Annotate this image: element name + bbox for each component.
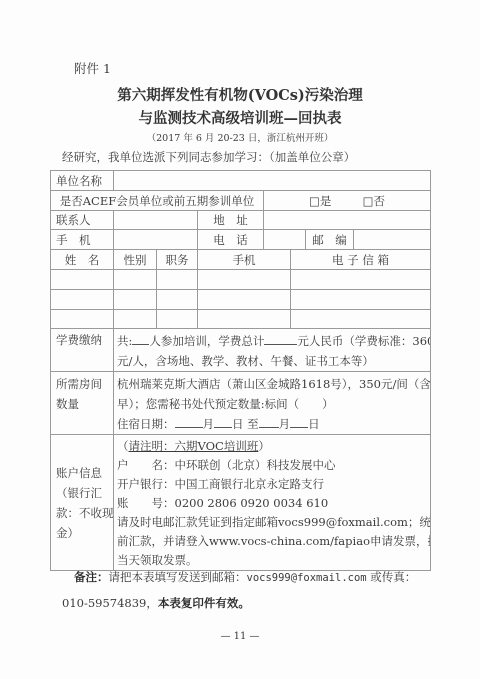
account-row: 账户信息 （银行汇 款：不收现 金） （请注明：六期VOC培训班） 户 名：中环…	[51, 435, 431, 571]
account-label-line3: 款：不收现	[56, 503, 110, 523]
remarks-email: vocs999@foxmail.com	[247, 572, 367, 584]
contact-row: 联系人 地 址	[51, 211, 431, 230]
room-content: 杭州瑞莱克斯大酒店（萧山区金城路1618号），350元/间（含双 早）；您需秘书…	[114, 372, 431, 435]
unit-name-field[interactable]	[114, 171, 431, 191]
fee-line2: 元/人，含场地、教学、教材、午餐、证书工本等）	[117, 351, 427, 371]
no-checkbox[interactable]: □否	[363, 192, 385, 210]
remarks-label: 备注：	[74, 570, 109, 584]
account-label-line2: （银行汇	[56, 483, 110, 503]
paren-open: （	[117, 439, 129, 453]
stay-dates-line: 住宿日期：月日 至月日	[117, 414, 427, 434]
document-subtitle: （2017 年 6 月 20-23 日，浙江杭州开班）	[0, 130, 480, 144]
fee-content: 共:人参加培训，学费总计元人民币（学费标准：3600 元/人，含场地、教学、教材…	[114, 329, 431, 372]
day-label: 日	[308, 417, 320, 431]
contact-label: 联系人	[51, 211, 114, 230]
mobile-label: 手 机	[51, 230, 114, 250]
attendee-row	[51, 270, 431, 290]
column-header-name: 姓 名	[51, 250, 114, 270]
attendee-mobile-field[interactable]	[198, 290, 291, 310]
phone-field[interactable]	[264, 230, 306, 250]
account-content: （请注明：六期VOC培训班） 户 名：中环联创（北京）科技发展中心 开户银行：中…	[114, 435, 431, 571]
remarks-line1: 备注：请把本表填写发送到邮箱：vocs999@foxmail.com 或传真：	[74, 569, 416, 585]
paren-close: ）	[258, 439, 270, 453]
document-title-line2: 与监测技术高级培训班—回执表	[0, 107, 480, 128]
attendee-name-field[interactable]	[51, 270, 114, 290]
intro-text: 经研究，我单位选派下列同志参加学习：（加盖单位公章）	[62, 149, 355, 165]
registration-form-table: 单位名称 是否ACEF会员单位或前五期参训单位 □是 □否 联系人 地 址 手 …	[50, 170, 431, 571]
page-number: — 11 —	[0, 631, 480, 642]
attendee-row	[51, 310, 431, 329]
account-name: 户 名：中环联创（北京）科技发展中心	[117, 456, 427, 475]
month-label: 月	[203, 417, 215, 431]
room-row: 所需房间 数量 杭州瑞莱克斯大酒店（萧山区金城路1618号），350元/间（含双…	[51, 372, 431, 435]
attendee-header-row: 姓 名 性别 职务 手机 电 子 信 箱	[51, 250, 431, 270]
membership-row: 是否ACEF会员单位或前五期参训单位 □是 □否	[51, 191, 431, 211]
checkin-month-blank[interactable]	[175, 416, 203, 428]
column-header-gender: 性别	[114, 250, 157, 270]
address-field[interactable]	[264, 211, 431, 230]
account-number: 账 号：0200 2806 0920 0034 610	[117, 494, 427, 513]
fee-text-mid: 人参加培训，学费总计	[149, 334, 264, 348]
hotel-info-line1: 杭州瑞莱克斯大酒店（萧山区金城路1618号），350元/间（含双	[117, 374, 427, 394]
attendee-gender-field[interactable]	[114, 290, 157, 310]
attendee-email-field[interactable]	[291, 270, 431, 290]
remittance-instruction-line3: 当天领取发票。	[117, 551, 427, 570]
remittance-instruction-line1: 请及时电邮汇款凭证到指定邮箱vocs999@foxmail.com；统一提	[117, 513, 427, 532]
remarks-fax-label: 或传真：	[367, 570, 417, 584]
contact-field[interactable]	[114, 211, 198, 230]
account-note-text: 请注明：六期VOC培训班	[129, 439, 259, 453]
remarks-fax-number: 010-59574839，	[62, 596, 158, 610]
attendee-email-field[interactable]	[291, 310, 431, 329]
column-header-position: 职务	[157, 250, 198, 270]
address-label: 地 址	[198, 211, 264, 230]
attendee-gender-field[interactable]	[114, 310, 157, 329]
checkout-month-blank[interactable]	[259, 416, 279, 428]
attendee-mobile-field[interactable]	[198, 310, 291, 329]
day-to-label: 日 至	[232, 417, 259, 431]
account-label-line4: 金）	[56, 523, 110, 543]
account-label-line1: 账户信息	[56, 463, 110, 483]
postcode-field[interactable]	[354, 230, 431, 250]
fee-label: 学费缴纳	[51, 329, 114, 372]
attachment-label: 附件 1	[74, 59, 111, 77]
mobile-row: 手 机 电 话 邮 编	[51, 230, 431, 250]
checkout-day-blank[interactable]	[290, 416, 308, 428]
fee-text-standard: 元人民币（学费标准：3600	[297, 334, 430, 348]
unit-name-row: 单位名称	[51, 171, 431, 191]
attendee-position-field[interactable]	[157, 290, 198, 310]
column-header-mobile: 手机	[198, 250, 291, 270]
column-header-email: 电 子 信 箱	[291, 250, 431, 270]
stay-dates-label: 住宿日期：	[117, 417, 175, 431]
room-label: 所需房间 数量	[51, 372, 114, 435]
remarks-validity: 本表复印件有效。	[158, 596, 250, 610]
checkin-day-blank[interactable]	[214, 416, 232, 428]
unit-name-label: 单位名称	[51, 171, 114, 191]
account-bank: 开户银行：中国工商银行北京永定路支行	[117, 475, 427, 494]
membership-options: □是 □否	[264, 191, 431, 211]
mobile-field[interactable]	[114, 230, 198, 250]
attendee-mobile-field[interactable]	[198, 270, 291, 290]
remarks-line2: 010-59574839，本表复印件有效。	[62, 595, 250, 611]
attendee-count-blank[interactable]	[132, 333, 149, 345]
month-label: 月	[279, 417, 291, 431]
attendee-row	[51, 290, 431, 310]
membership-question: 是否ACEF会员单位或前五期参训单位	[51, 191, 264, 211]
fee-total-blank[interactable]	[264, 333, 297, 345]
attendee-name-field[interactable]	[51, 310, 114, 329]
fee-line1: 共:人参加培训，学费总计元人民币（学费标准：3600	[117, 331, 427, 351]
attendee-position-field[interactable]	[157, 310, 198, 329]
remarks-text: 请把本表填写发送到邮箱：	[109, 570, 247, 584]
hotel-info-line2: 早）；您需秘书处代预定数量:标间（ ）	[117, 394, 427, 414]
fee-row: 学费缴纳 共:人参加培训，学费总计元人民币（学费标准：3600 元/人，含场地、…	[51, 329, 431, 372]
document-title-line1: 第六期挥发性有机物(VOCs)污染治理	[0, 84, 480, 105]
account-note: （请注明：六期VOC培训班）	[117, 437, 427, 456]
attendee-email-field[interactable]	[291, 290, 431, 310]
attendee-position-field[interactable]	[157, 270, 198, 290]
phone-label: 电 话	[198, 230, 264, 250]
postcode-label: 邮 编	[306, 230, 354, 250]
remittance-instruction-line2: 前汇款，并请登入www.vocs-china.com/fapiao申请发票，报到	[117, 532, 427, 551]
attendee-name-field[interactable]	[51, 290, 114, 310]
fee-text-total-prefix: 共:	[117, 334, 132, 348]
room-label-line2: 数量	[56, 394, 110, 414]
yes-checkbox[interactable]: □是	[309, 192, 331, 210]
room-label-line1: 所需房间	[56, 374, 110, 394]
account-label: 账户信息 （银行汇 款：不收现 金）	[51, 435, 114, 571]
attendee-gender-field[interactable]	[114, 270, 157, 290]
